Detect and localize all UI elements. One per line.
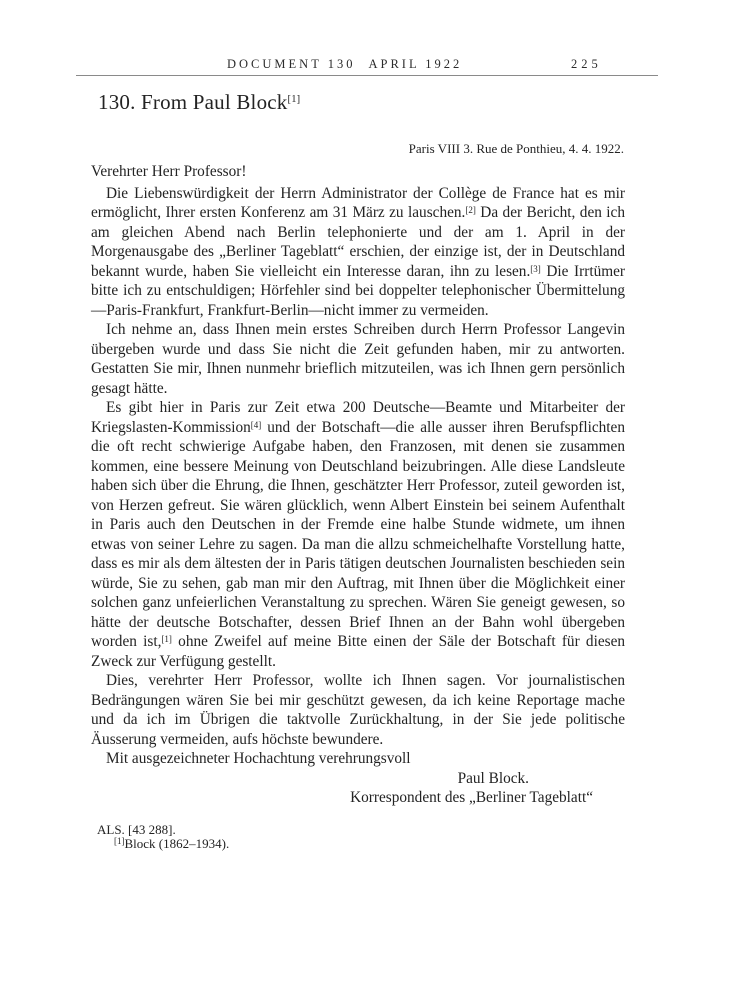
footnote-marker: [1]: [114, 836, 125, 846]
document-title: 130. From Paul Block[1]: [98, 90, 300, 115]
running-head-date-label: APRIL 1922: [368, 57, 462, 71]
footnote-text: Block (1862–1934).: [125, 836, 230, 851]
paragraph-text: Ich nehme an, dass Ihnen mein erstes Sch…: [91, 321, 625, 397]
letter-body: Paris VIII 3. Rue de Ponthieu, 4. 4. 192…: [91, 141, 625, 851]
dateline: Paris VIII 3. Rue de Ponthieu, 4. 4. 192…: [91, 141, 625, 157]
paragraph-text: Dies, verehrter Herr Professor, wollte i…: [91, 672, 625, 748]
footnote-item: [1]Block (1862–1934).: [91, 837, 625, 851]
source-line: ALS. [43 288].: [91, 823, 625, 837]
document-title-text: 130. From Paul Block: [98, 90, 288, 114]
closing-line: Mit ausgezeichneter Hochachtung verehrun…: [91, 749, 625, 769]
signature-role: Korrespondent des „Berliner Tageblatt“: [91, 788, 625, 808]
footnote-marker: [2]: [465, 205, 476, 215]
paragraph-text: ohne Zweifel auf meine Bitte einen der S…: [91, 633, 625, 670]
letter-paragraph: Die Liebenswürdigkeit der Herrn Administ…: [91, 184, 625, 321]
footnote-block: ALS. [43 288]. [1]Block (1862–1934).: [91, 823, 625, 851]
footnote-marker: [3]: [530, 264, 541, 274]
letter-paragraph: Ich nehme an, dass Ihnen mein erstes Sch…: [91, 320, 625, 398]
header-rule: [76, 75, 658, 76]
running-head-document-label: DOCUMENT 130: [227, 57, 355, 71]
paragraph-text: und der Botschaft—die alle ausser ihren …: [91, 419, 625, 651]
footnote-marker: [1]: [161, 634, 172, 644]
title-footnote-marker: [1]: [288, 94, 301, 105]
footnote-marker: [4]: [251, 420, 262, 430]
signature-name: Paul Block.: [91, 769, 625, 789]
page-number: 225: [571, 57, 602, 72]
running-head: DOCUMENT 130APRIL 1922: [227, 57, 462, 72]
letter-paragraph: Es gibt hier in Paris zur Zeit etwa 200 …: [91, 398, 625, 671]
salutation: Verehrter Herr Professor!: [91, 162, 625, 182]
letter-paragraph: Dies, verehrter Herr Professor, wollte i…: [91, 671, 625, 749]
book-page: DOCUMENT 130APRIL 1922 225 130. From Pau…: [0, 0, 750, 999]
letter-paragraphs: Die Liebenswürdigkeit der Herrn Administ…: [91, 184, 625, 750]
